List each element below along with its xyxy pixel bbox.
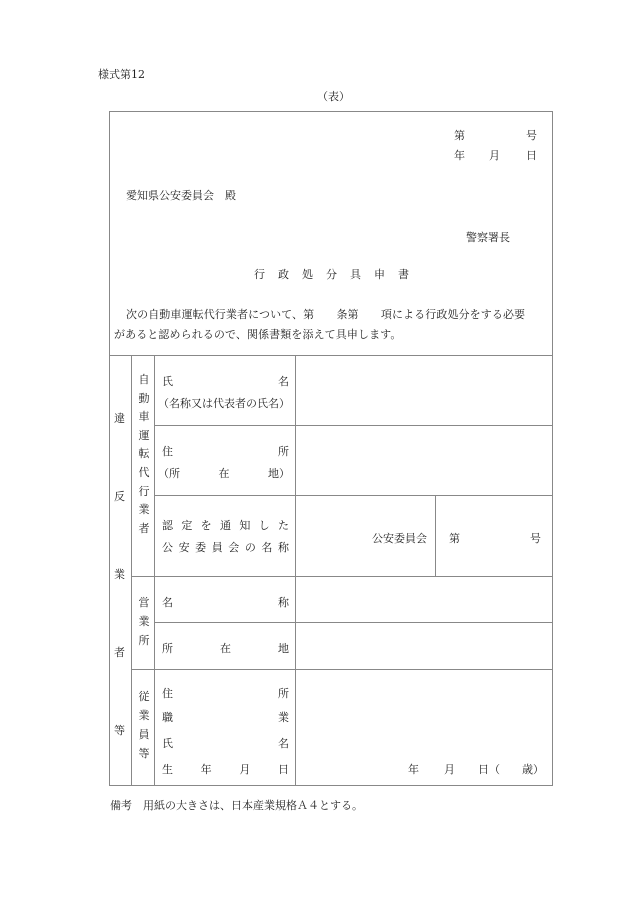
certification-number-suffix: 号 <box>530 530 541 546</box>
employee-group-label: 従 業 員 等 <box>136 691 152 759</box>
employee-name-label: 氏 名 <box>162 735 289 751</box>
document-title: 行 政 処 分 具 申 書 <box>254 266 409 282</box>
name-label: 氏 名 <box>162 373 289 389</box>
birth-year-label: 年 <box>408 761 419 777</box>
commission-label-line-2: 公 安 委 員 会 の 名 称 <box>162 539 289 555</box>
commission-suffix: 公安委員会 <box>372 530 427 546</box>
date-day: 日 <box>526 147 537 163</box>
office-location-label: 所 在 地 <box>162 640 289 656</box>
body-text-line-2: があると認められるので、関係書類を添えて具申します。 <box>114 326 402 342</box>
form-number: 様式第12 <box>98 66 145 82</box>
employee-details-field[interactable] <box>297 671 552 785</box>
date-year: 年 <box>454 147 465 163</box>
group-label-char: 反 <box>114 488 125 504</box>
sender-title: 警察署長 <box>466 229 510 245</box>
office-location-field[interactable] <box>297 624 552 668</box>
office-group-label: 営 業 所 <box>136 597 152 646</box>
birth-month-label: 月 <box>444 761 455 777</box>
name-sublabel: （名称又は代表者の氏名） <box>158 395 290 411</box>
divider <box>109 355 553 356</box>
divider <box>131 355 132 786</box>
addressee: 愛知県公安委員会 殿 <box>126 187 236 203</box>
remarks-note: 備考 用紙の大きさは、日本産業規格Ａ４とする。 <box>110 797 363 813</box>
document-number-prefix: 第 <box>454 127 465 143</box>
address-sublabel: （所 在 地） <box>158 465 290 481</box>
side-label: （表） <box>317 88 350 104</box>
certification-number-prefix: 第 <box>449 530 460 546</box>
divider <box>295 355 296 786</box>
body-text-line-1: 次の自動車運転代行業者について、第 条第 項による行政処分をする必要 <box>126 306 525 322</box>
group-label-char: 者 <box>114 644 125 660</box>
document-number-suffix: 号 <box>526 127 537 143</box>
operator-group-label: 自 動 車 運 転 代 行 業 者 <box>136 374 152 534</box>
employee-occupation-label: 職 業 <box>162 709 289 725</box>
name-field[interactable] <box>297 357 552 424</box>
employee-address-label: 住 所 <box>162 685 289 701</box>
age-label: 歳） <box>522 761 544 777</box>
address-label: 住 所 <box>162 443 289 459</box>
employee-birthdate-label: 生 年 月 日 <box>162 761 289 777</box>
date-month: 月 <box>489 147 500 163</box>
commission-label-line-1: 認 定 を 通 知 し た <box>162 517 289 533</box>
birth-day-label: 日（ <box>478 761 500 777</box>
divider <box>131 576 553 577</box>
divider <box>131 669 553 670</box>
office-name-label: 名 称 <box>162 594 289 610</box>
divider <box>435 495 436 576</box>
divider <box>154 622 553 623</box>
divider <box>154 495 553 496</box>
group-label-char: 業 <box>114 566 125 582</box>
address-field[interactable] <box>297 427 552 494</box>
divider <box>154 425 553 426</box>
office-name-field[interactable] <box>297 578 552 621</box>
group-label-char: 違 <box>114 410 125 426</box>
group-label-char: 等 <box>114 722 125 738</box>
divider <box>154 355 155 786</box>
